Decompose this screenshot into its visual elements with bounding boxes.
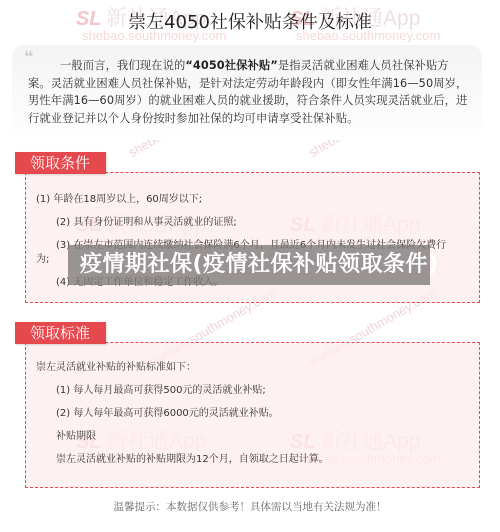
standard-item: (2) 每人每年最高可获得6000元的灵活就业补贴。: [56, 404, 279, 419]
section-heading-conditions: 领取条件: [15, 152, 106, 174]
standard-intro: 崇左灵活就业补贴的补贴标准如下：: [36, 358, 196, 373]
condition-item-cont: 为;: [36, 250, 49, 265]
intro-text-start: 一般而言，我们现在说的: [60, 59, 185, 72]
intro-quote-box: ❝ 一般而言，我们现在说的“4050社保补贴”是指灵活就业困难人员社保补贴方案。…: [12, 45, 482, 140]
condition-item: (1) 年龄在18周岁以上，60周岁以下;: [36, 190, 202, 205]
subsidy-period-text: 崇左灵活就业补贴的补贴期限为12个月，自领取之日起计算。: [56, 450, 329, 465]
condition-item: (2) 具有身份证明和从事灵活就业的证照;: [56, 213, 237, 228]
section-heading-standards: 领取标准: [15, 322, 106, 344]
intro-text: 一般而言，我们现在说的“4050社保补贴”是指灵活就业困难人员社保补贴方案。灵活…: [28, 57, 468, 127]
subsidy-period-label: 补贴期限: [56, 427, 96, 442]
standard-item: (1) 每人每月最高可获得500元的灵活就业补贴;: [56, 381, 266, 396]
footer-disclaimer: 温馨提示：本数据仅供参考！具体需以当地有关法规为准！: [0, 499, 500, 514]
intro-highlight: “4050社保补贴”: [185, 59, 277, 72]
page-title: 崇左4050社保补贴条件及标准: [0, 8, 500, 34]
overlay-caption-banner: 疫情期社保(疫情社保补贴领取条件): [68, 245, 430, 285]
